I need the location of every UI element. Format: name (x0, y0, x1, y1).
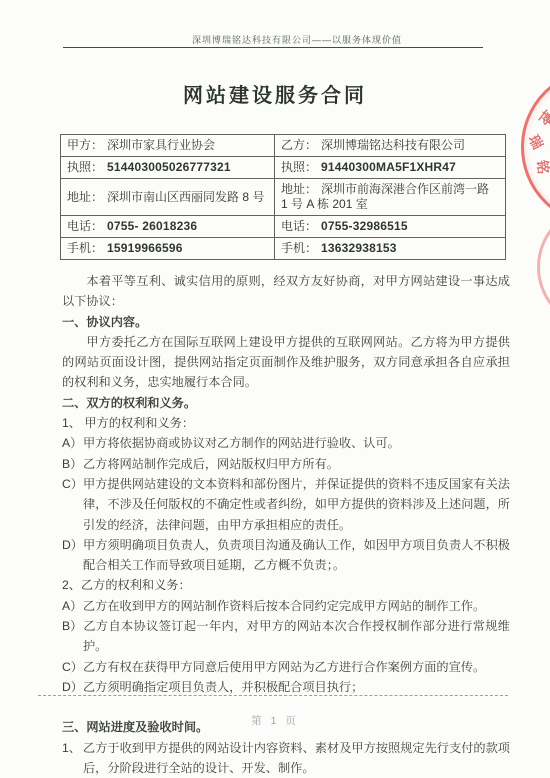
footer-divider (38, 695, 508, 696)
table-row: 地址：深圳市南山区西丽同发路 8 号地址：深圳市前海深港合作区前湾一路 1 号 … (61, 179, 506, 216)
parties-table-body: 甲方：深圳市家具行业协会乙方：深圳博瑞铭达科技有限公司执照：5144030050… (61, 135, 506, 260)
paragraph: 本着平等互利、诚实信用的原则，经双方友好协商，对甲方网站建设一事达成以下协议： (62, 271, 510, 312)
clause-label: B） (62, 454, 83, 474)
table-cell: 乙方：深圳博瑞铭达科技有限公司 (275, 135, 506, 157)
cell-value: 514403005026777321 (107, 160, 231, 174)
clause: C）乙方有权在获得甲方同意后使用甲方网站为乙方进行合作案例方面的宣传。 (62, 657, 510, 677)
table-cell: 地址：深圳市前海深港合作区前湾一路 1 号 A 栋 201 室 (275, 179, 506, 216)
table-row: 手机：15919966596手机：13632938153 (61, 238, 506, 260)
paragraph: 甲方委托乙方在国际互联网上建设甲方提供的互联网网站。乙方将为甲方提供的网站页面设… (62, 332, 510, 393)
clause-label: D） (62, 535, 83, 555)
page-number: 第 1 页 (251, 715, 299, 727)
table-cell: 手机：13632938153 (275, 238, 506, 260)
table-cell: 执照：514403005026777321 (61, 157, 275, 179)
clause-label: A） (62, 433, 83, 453)
section-heading: 二、双方的权利和义务。 (62, 393, 510, 413)
cell-value: 0755-32986515 (321, 219, 408, 233)
header-slogan: 深圳博瑞铭达科技有限公司——以服务体现价值 (192, 33, 402, 46)
cell-label: 甲方： (67, 138, 103, 152)
table-row: 甲方：深圳市家具行业协会乙方：深圳博瑞铭达科技有限公司 (61, 135, 506, 157)
cell-value: 深圳博瑞铭达科技有限公司 (321, 138, 465, 152)
section-heading: 一、协议内容。 (62, 312, 510, 332)
clause-label: B） (62, 616, 83, 636)
clause-label: C） (62, 474, 83, 494)
contract-body: 本着平等互利、诚实信用的原则，经双方友好协商，对甲方网站建设一事达成以下协议：一… (62, 271, 510, 778)
clause: A）甲方将依据协商或协议对乙方制作的网站进行验收、认可。 (62, 433, 510, 453)
table-cell: 电话：0755-32986515 (275, 216, 506, 238)
cell-label: 地址： (281, 182, 317, 196)
table-row: 执照：514403005026777321执照：91440300MA5F1XHR… (61, 157, 506, 179)
cell-value: 13632938153 (321, 241, 397, 255)
table-cell: 手机：15919966596 (61, 238, 275, 260)
parties-table: 甲方：深圳市家具行业协会乙方：深圳博瑞铭达科技有限公司执照：5144030050… (60, 134, 506, 260)
cell-value: 深圳市南山区西丽同发路 8 号 (107, 190, 264, 204)
cell-label: 执照： (67, 160, 103, 174)
cell-label: 手机： (281, 241, 317, 255)
cell-value: 91440300MA5F1XHR47 (321, 160, 456, 174)
contract-title: 网站建设服务合同 (0, 79, 550, 108)
cell-label: 电话： (281, 219, 317, 233)
subsection-heading: 1、 甲方的权利和义务： (62, 413, 510, 433)
cell-value: 15919966596 (107, 241, 183, 255)
table-cell: 甲方：深圳市家具行业协会 (61, 135, 275, 157)
clause: B）乙方自本协议签订起一年内，对甲方的网站本次合作授权制作部分进行常规维护。 (62, 616, 510, 657)
table-row: 电话：0755- 26018236电话：0755-32986515 (61, 216, 506, 238)
table-cell: 执照：91440300MA5F1XHR47 (275, 157, 506, 179)
red-seal-glyph: 瑞 (524, 131, 548, 153)
clause-label: C） (62, 657, 83, 677)
clause: A）乙方在收到甲方的网站制作资料后按本合同约定完成甲方网站的制作工作。 (62, 596, 510, 616)
cell-value: 深圳市家具行业协会 (107, 138, 215, 152)
cell-label: 电话： (67, 219, 103, 233)
subsection-heading: 2、乙方的权利和义务： (62, 575, 510, 595)
page-footer: 第 1 页 (0, 713, 550, 728)
cell-label: 手机： (67, 241, 103, 255)
red-seal-glyph: 博 (534, 106, 550, 130)
clause: C）甲方提供网站建设的文本资料和部份图片，并保证提供的资料不违反国家有关法律，不… (62, 474, 510, 535)
contract-page: 深圳博瑞铭达科技有限公司——以服务体现价值 网站建设服务合同 甲方：深圳市家具行… (0, 0, 550, 778)
clause-label: A） (62, 596, 83, 616)
red-seal-glyph: 铭 (532, 159, 550, 175)
red-seal-lower-arc (537, 205, 550, 329)
cell-label: 乙方： (281, 138, 317, 152)
table-cell: 电话：0755- 26018236 (61, 216, 275, 238)
cell-value: 0755- 26018236 (107, 219, 197, 233)
clause: D）甲方须明确项目负责人，负责项目沟通及确认工作，如因甲方项目负责人不积极配合相… (62, 535, 510, 576)
cell-label: 地址： (67, 190, 103, 204)
header-rule (63, 47, 483, 48)
clause: 1、乙方于收到甲方提供的网站设计内容资料、素材及甲方按照规定先行支付的款项后，分… (62, 738, 510, 778)
table-cell: 地址：深圳市南山区西丽同发路 8 号 (61, 179, 275, 216)
cell-label: 执照： (281, 160, 317, 174)
clause: B）乙方将网站制作完成后，网站版权归甲方所有。 (62, 454, 510, 474)
clause-label: 1、 (62, 738, 83, 758)
